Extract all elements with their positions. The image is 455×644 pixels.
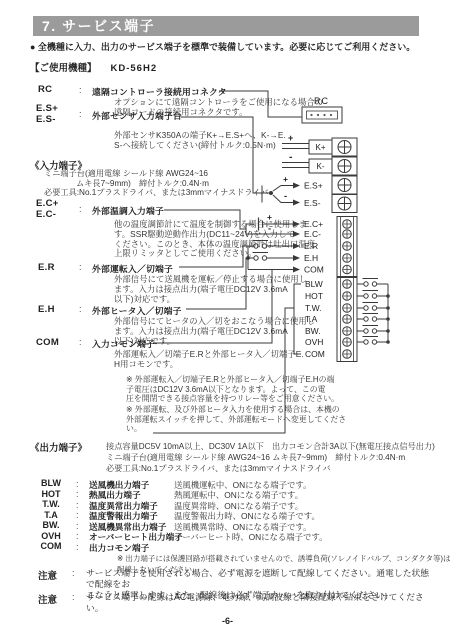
manual-page: { "punct": { "colon": ":" }, "header": {… — [0, 0, 455, 644]
model-label: 【ご使用機種】 — [30, 63, 97, 74]
term-er: E.R — [38, 262, 55, 273]
out-diagram-label: HOT — [305, 291, 323, 301]
desc-es: 外部センサK350Aの端子K+→E.S+へ、K-→E. S-へ接続してください(… — [114, 131, 286, 151]
out-diagram-label: COM — [305, 349, 325, 359]
colon: : — [76, 542, 79, 552]
out-term: OVH — [34, 531, 68, 541]
out-term: COM — [34, 541, 68, 551]
out-term: T.W. — [34, 499, 68, 509]
output-spec-2: ミニ端子台(適用電線 シールド線 AWG24~16 ムキ長7~9mm) 締付トル… — [106, 452, 405, 463]
desc-ec: 他の温度調節計にて温度を制御する場合に使用しま す。SSR駆動逆動作出力(DC1… — [114, 220, 315, 259]
es-minus-arrow — [273, 195, 299, 203]
colon: : — [79, 262, 82, 272]
out-diagram-label: BLW — [305, 279, 323, 289]
colon: : — [76, 521, 79, 531]
input-spec-3: 必要工具:No.1プラスドライバ、または3mmマイナスドライバ — [44, 187, 269, 198]
desc-com-in: 外部運転入／切端子E.Rと外部ヒータ入／切端子E. H用コモンです。 — [114, 350, 304, 370]
screw-plates — [332, 138, 357, 213]
com-in-label: COM — [304, 265, 324, 275]
es-plus-label: E.S+ — [304, 181, 323, 191]
colon: : — [79, 337, 82, 347]
output-spec-3: 必要工具:No.1プラスドライバ、または3mmマイナスドライバ — [106, 463, 331, 474]
out-desc: オーバーヒート時、ONになる端子です。 — [174, 531, 328, 543]
k-minus-label: K- — [317, 162, 325, 171]
out-term: HOT — [34, 489, 68, 499]
intro-text: ● 全機種に入力、出力のサービス端子を標準で装備しています。必要に応じてご利用く… — [30, 40, 415, 53]
sensor-terminals — [282, 140, 332, 173]
term-rc: RC — [38, 84, 52, 95]
colon: : — [76, 479, 79, 489]
caution-label: 注意 — [38, 568, 57, 582]
output-bus-dots — [386, 294, 390, 344]
output-relay-contacts — [357, 279, 388, 345]
k-plus-tag — [309, 140, 332, 154]
name-es: 外部センサ入力端子台 — [92, 109, 182, 122]
out-name: 出力コモン端子 — [89, 542, 149, 554]
page-number: -6- — [0, 616, 455, 626]
colon: : — [76, 531, 79, 541]
name-ec: 外部温調入力端子 — [92, 204, 164, 217]
k-minus-wires — [282, 163, 309, 168]
term-ec: E.C+ E.C- — [36, 198, 59, 220]
k-plus-label: K+ — [315, 143, 325, 152]
k-minus-tag — [309, 159, 332, 173]
input-terminal-strip — [337, 217, 357, 277]
desc-er: 外部信号にて送風機を運転／停止する場合に使用し ます。入力は接点出力(端子電圧D… — [114, 275, 307, 304]
caution-text: サービス端子の配線はAC電源線、電力線、高調波線と隣接配線や結束をさけてください… — [86, 592, 431, 614]
colon: : — [79, 85, 82, 95]
output-terminal-strip — [337, 278, 357, 362]
model-value: KD-56H2 — [111, 63, 158, 74]
output-spec-1: 接点容量DC5V 10mA以上、DC30V 1A以下 出力コモン合計3A以下(無… — [106, 441, 435, 452]
out-term: BLW — [34, 478, 68, 488]
out-term: T.A — [34, 510, 68, 520]
es-junction-dot — [269, 191, 273, 195]
k-plus-wires — [282, 144, 309, 149]
output-section-title: 《出力端子》 — [30, 440, 87, 454]
input-note-1: ※ 外部運転入／切端子E.Rと外部ヒータ入／切端子E.Hの端 子電圧はDC12V… — [126, 375, 339, 404]
colon: : — [72, 568, 75, 578]
minus-sign: - — [289, 152, 292, 163]
minus-sign: - — [284, 191, 287, 202]
es-minus-label: E.S- — [304, 198, 321, 208]
colon: : — [79, 304, 82, 314]
plus-sign: + — [288, 133, 293, 143]
out-term: BW. — [34, 520, 68, 530]
term-es: E.S+ E.S- — [36, 103, 58, 125]
term-eh: E.H — [38, 304, 55, 315]
input-note-2: ※ 外部運転、及び外部ヒータ入力を使用する場合は、本機の 外部運転スイッチを押し… — [126, 405, 346, 434]
term-com-in: COM — [36, 337, 59, 348]
caution-label: 注意 — [38, 592, 57, 606]
section-title-banner: 7. サービス端子 — [33, 16, 419, 36]
colon: : — [72, 592, 75, 602]
colon: : — [79, 204, 82, 214]
out-diagram-label: T.W. — [305, 303, 322, 313]
model-line: 【ご使用機種】KD-56H2 — [30, 60, 157, 74]
es-plus-arrow — [273, 186, 299, 192]
plus-sign: + — [283, 174, 288, 184]
colon: : — [76, 489, 79, 499]
colon: : — [79, 109, 82, 119]
colon: : — [76, 510, 79, 520]
colon: : — [76, 500, 79, 510]
